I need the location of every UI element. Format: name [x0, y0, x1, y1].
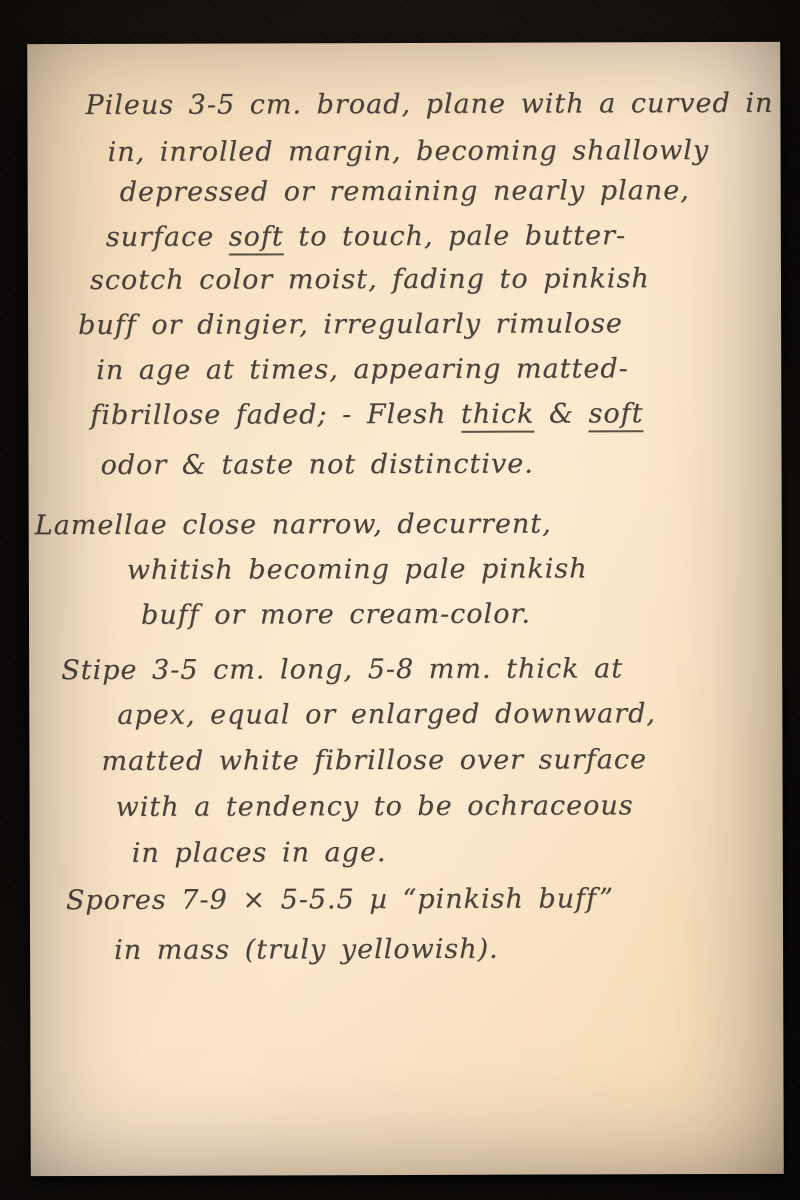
handwritten-text: apex, equal or enlarged downward, — [117, 698, 656, 731]
line-lamellae-2: whitish becoming pale pinkish — [127, 549, 588, 590]
line-spores-1: Spores 7-9 × 5-5.5 µ “pinkish buff” — [66, 879, 614, 921]
line-pileus-3: depressed or remaining nearly plane, — [120, 171, 690, 213]
handwritten-text: fibrillose faded; - Flesh — [90, 399, 461, 431]
underlined-word: soft — [588, 398, 643, 432]
photo-background: Pileus 3-5 cm. broad, plane with a curve… — [0, 0, 800, 1200]
handwritten-text: Stipe 3-5 cm. long, 5-8 mm. thick at — [61, 653, 623, 686]
handwritten-text: buff or dingier, irregularly rimulose — [78, 308, 623, 341]
handwritten-text: Lamellae close narrow, decurrent, — [35, 509, 552, 542]
line-pileus-5: scotch color moist, fading to pinkish — [90, 259, 650, 301]
note-paper: Pileus 3-5 cm. broad, plane with a curve… — [27, 42, 784, 1176]
line-stipe-1: Stipe 3-5 cm. long, 5-8 mm. thick at — [61, 649, 623, 691]
line-pileus-1: Pileus 3-5 cm. broad, plane with a curve… — [85, 84, 773, 126]
handwritten-text: in mass (truly yellowish). — [114, 934, 499, 966]
handwritten-text: whitish becoming pale pinkish — [127, 553, 588, 585]
line-stipe-4: with a tendency to be ochraceous — [116, 786, 634, 828]
handwritten-text: depressed or remaining nearly plane, — [120, 175, 690, 208]
handwritten-text: & — [534, 398, 588, 429]
line-lamellae-1: Lamellae close narrow, decurrent, — [35, 505, 552, 547]
line-pileus-9: odor & taste not distinctive. — [100, 445, 533, 486]
line-stipe-5: in places in age. — [132, 833, 387, 874]
line-pileus-4: surface soft to touch, pale butter- — [106, 216, 626, 258]
line-pileus-2: in, inrolled margin, becoming shallowly — [108, 131, 710, 173]
line-stipe-2: apex, equal or enlarged downward, — [117, 694, 656, 736]
line-stipe-3: matted white fibrillose over surface — [101, 740, 647, 782]
handwritten-text: with a tendency to be ochraceous — [116, 790, 634, 823]
line-spores-2: in mass (truly yellowish). — [114, 930, 499, 971]
line-pileus-7: in age at times, appearing matted- — [96, 349, 629, 391]
handwritten-text: odor & taste not distinctive. — [100, 449, 533, 481]
handwritten-text: matted white fibrillose over surface — [101, 744, 647, 777]
handwritten-text: surface — [106, 222, 229, 253]
underlined-word: thick — [461, 399, 534, 433]
line-lamellae-3: buff or more cream-color. — [141, 595, 531, 636]
handwritten-text: scotch color moist, fading to pinkish — [90, 263, 650, 296]
handwritten-text: Spores 7-9 × 5-5.5 µ “pinkish buff” — [66, 883, 614, 916]
line-pileus-8: fibrillose faded; - Flesh thick & soft — [90, 394, 643, 436]
line-pileus-6: buff or dingier, irregularly rimulose — [78, 304, 623, 346]
handwritten-text: to touch, pale butter- — [284, 220, 627, 252]
handwritten-text: in places in age. — [132, 837, 387, 869]
underlined-word: soft — [229, 221, 284, 255]
handwritten-text: Pileus 3-5 cm. broad, plane with a curve… — [85, 88, 773, 121]
handwritten-text: in age at times, appearing matted- — [96, 353, 629, 386]
handwritten-text: in, inrolled margin, becoming shallowly — [108, 135, 710, 168]
handwritten-text: buff or more cream-color. — [141, 599, 531, 631]
